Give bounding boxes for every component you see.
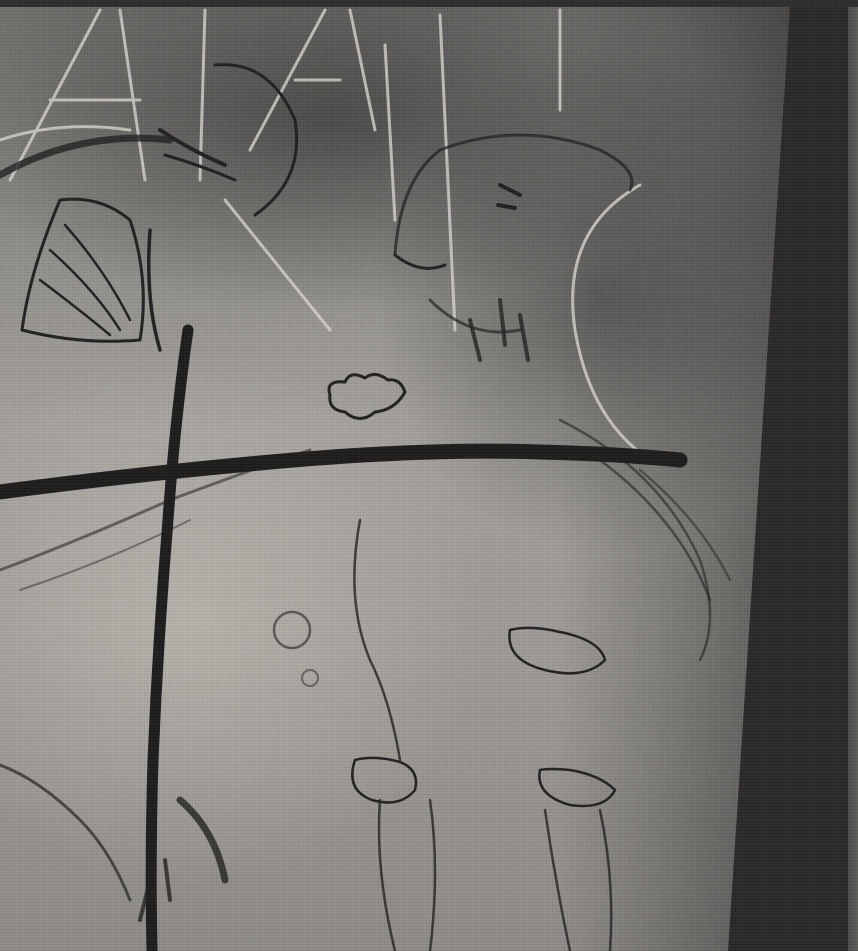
wall-drawings bbox=[0, 0, 858, 951]
top-edge bbox=[0, 0, 858, 7]
scratch-lines bbox=[0, 10, 650, 460]
wall-photograph: Grainy black-and-white halftone photogra… bbox=[0, 0, 858, 951]
vertical-charcoal-line bbox=[151, 330, 188, 951]
horizontal-charcoal-line bbox=[0, 451, 680, 492]
right-edge bbox=[848, 7, 858, 951]
